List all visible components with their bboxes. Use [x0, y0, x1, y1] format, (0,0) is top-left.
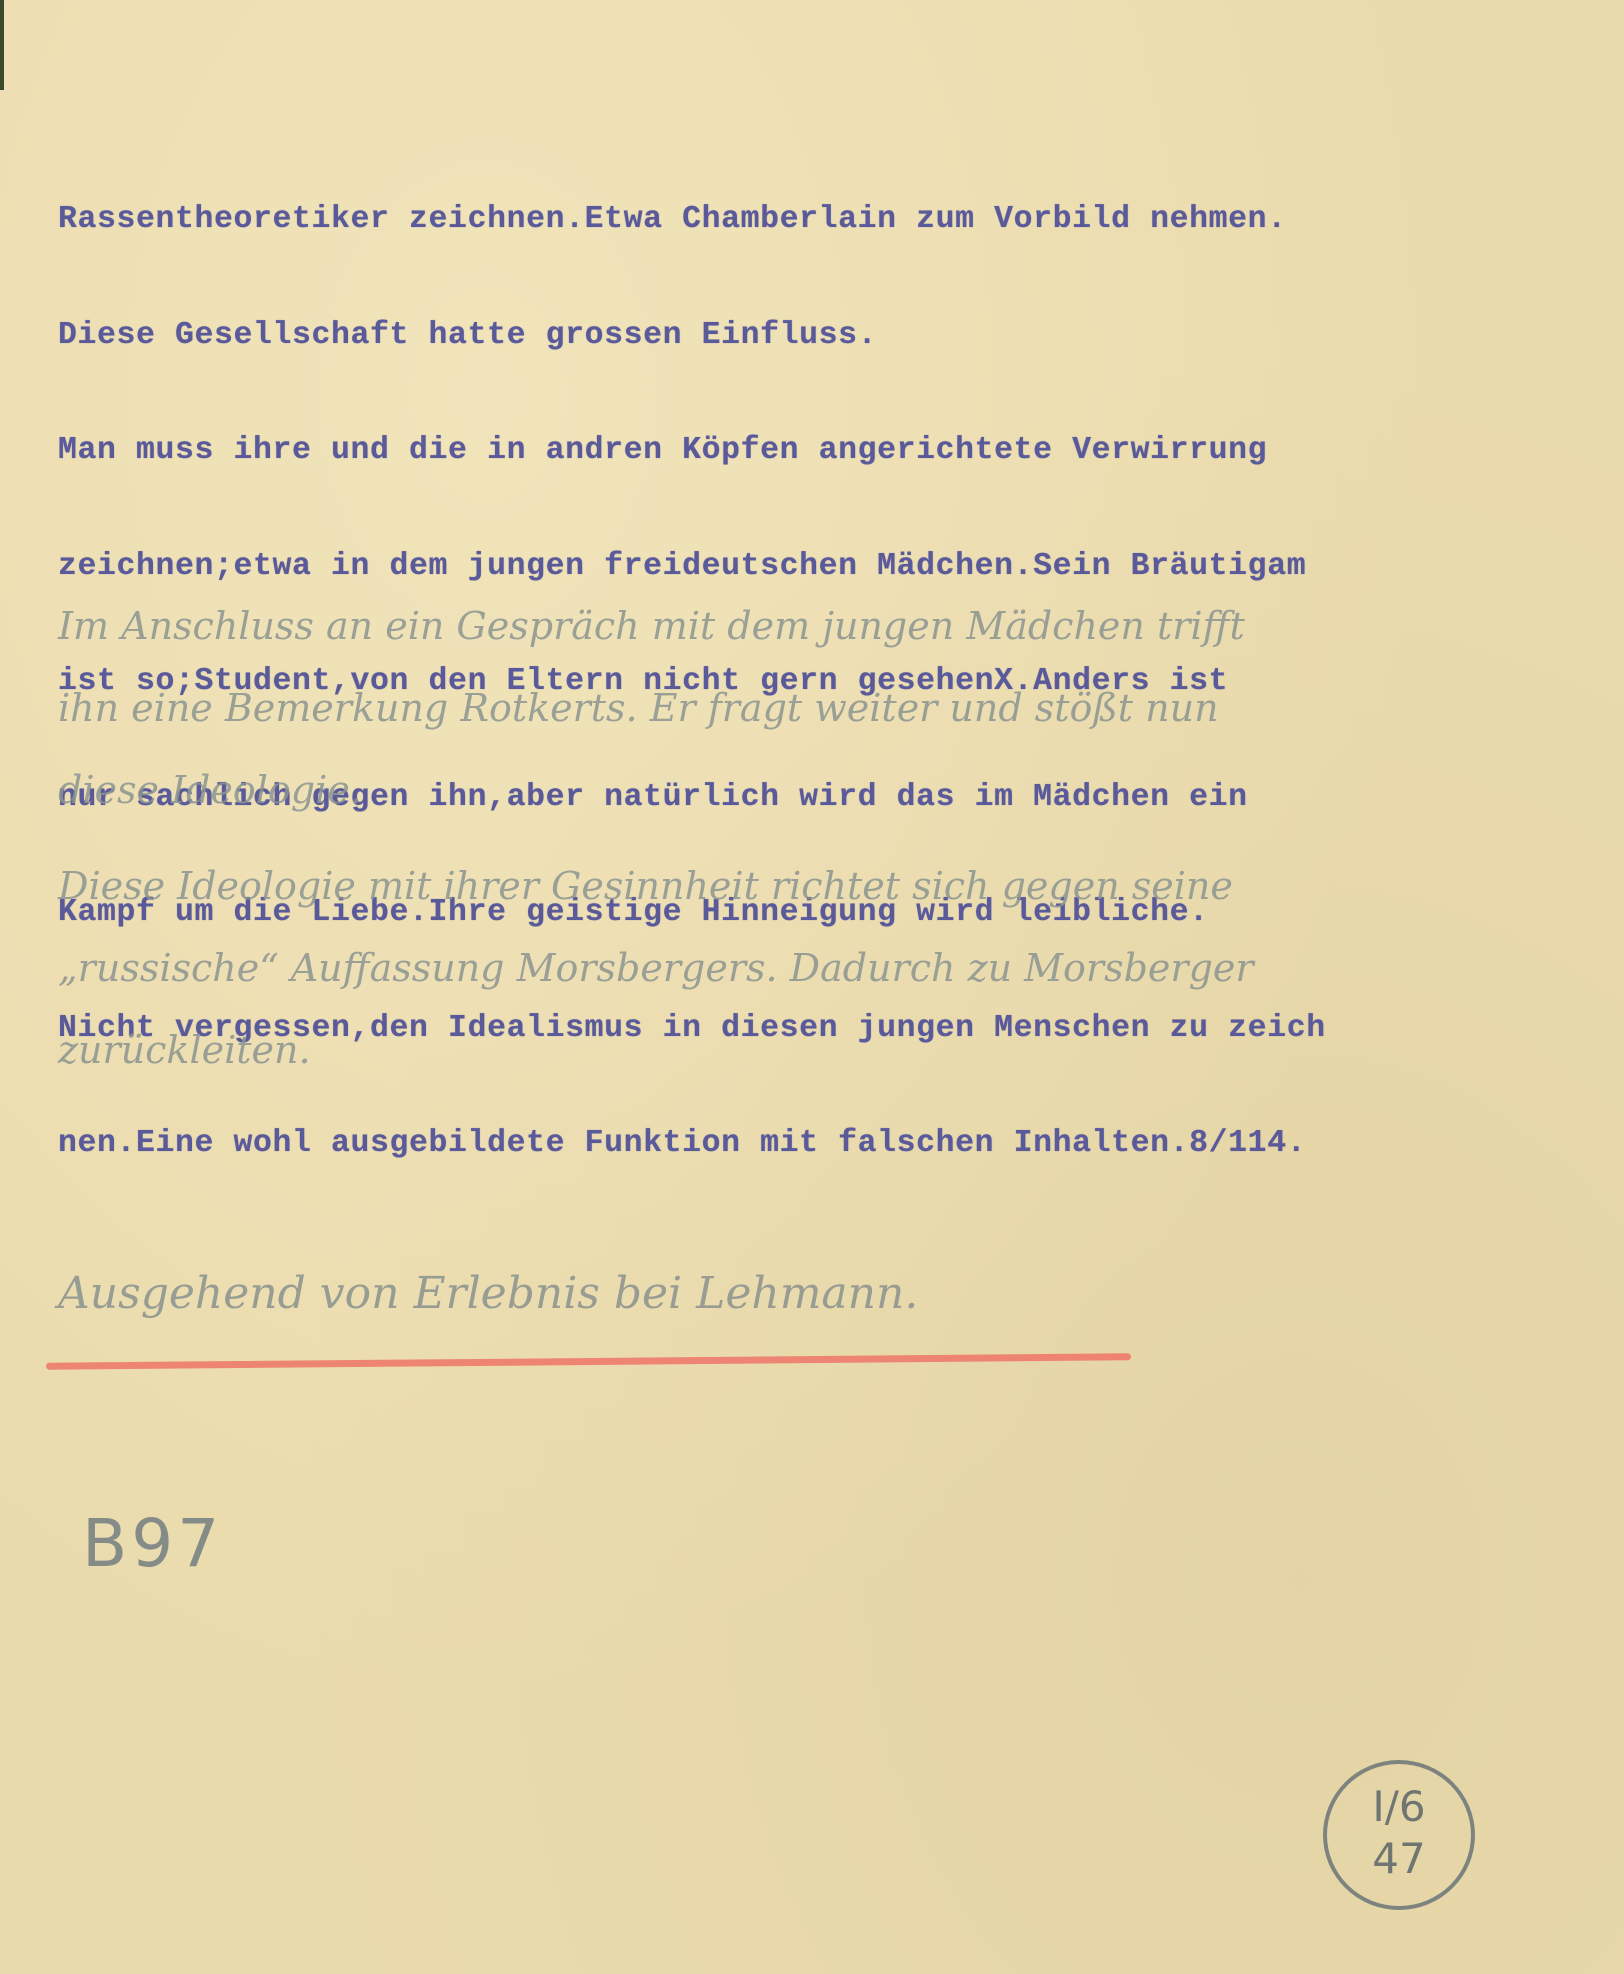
stamp-top-text: I/6: [1327, 1782, 1471, 1831]
document-page: Rassentheoretiker zeichnen.Etwa Chamberl…: [0, 0, 1624, 1974]
handwritten-line: zurückleiten.: [58, 1009, 1254, 1091]
typed-line: zeichnen;etwa in dem jungen freideutsche…: [58, 548, 1326, 587]
underlined-handwritten-note: Ausgehend von Erlebnis bei Lehmann.: [58, 1268, 918, 1319]
handwritten-line: diese Ideologie.: [58, 749, 1245, 831]
handwritten-line: Im Anschluss an ein Gespräch mit dem jun…: [58, 585, 1245, 667]
typed-line: Man muss ihre und die in andren Köpfen a…: [58, 432, 1326, 471]
page-edge-shadow: [0, 0, 4, 90]
archive-code: B97: [82, 1505, 223, 1582]
handwritten-line: ihn eine Bemerkung Rotkerts. Er fragt we…: [58, 667, 1245, 749]
red-pencil-underline: [46, 1353, 1131, 1369]
handwritten-note-block-1: Im Anschluss an ein Gespräch mit dem jun…: [58, 585, 1245, 831]
typed-line: nen.Eine wohl ausgebildete Funktion mit …: [58, 1125, 1326, 1164]
typed-line: Diese Gesellschaft hatte grossen Einflus…: [58, 317, 1326, 356]
circled-archive-stamp: I/6 47: [1323, 1760, 1475, 1910]
stamp-bottom-text: 47: [1327, 1834, 1471, 1883]
handwritten-note-block-2: Diese Ideologie mit ihrer Gesinnheit ric…: [58, 845, 1254, 1091]
typed-line: Rassentheoretiker zeichnen.Etwa Chamberl…: [58, 201, 1326, 240]
handwritten-line: Diese Ideologie mit ihrer Gesinnheit ric…: [58, 845, 1254, 927]
handwritten-line: „russische“ Auffassung Morsbergers. Dadu…: [58, 927, 1254, 1009]
